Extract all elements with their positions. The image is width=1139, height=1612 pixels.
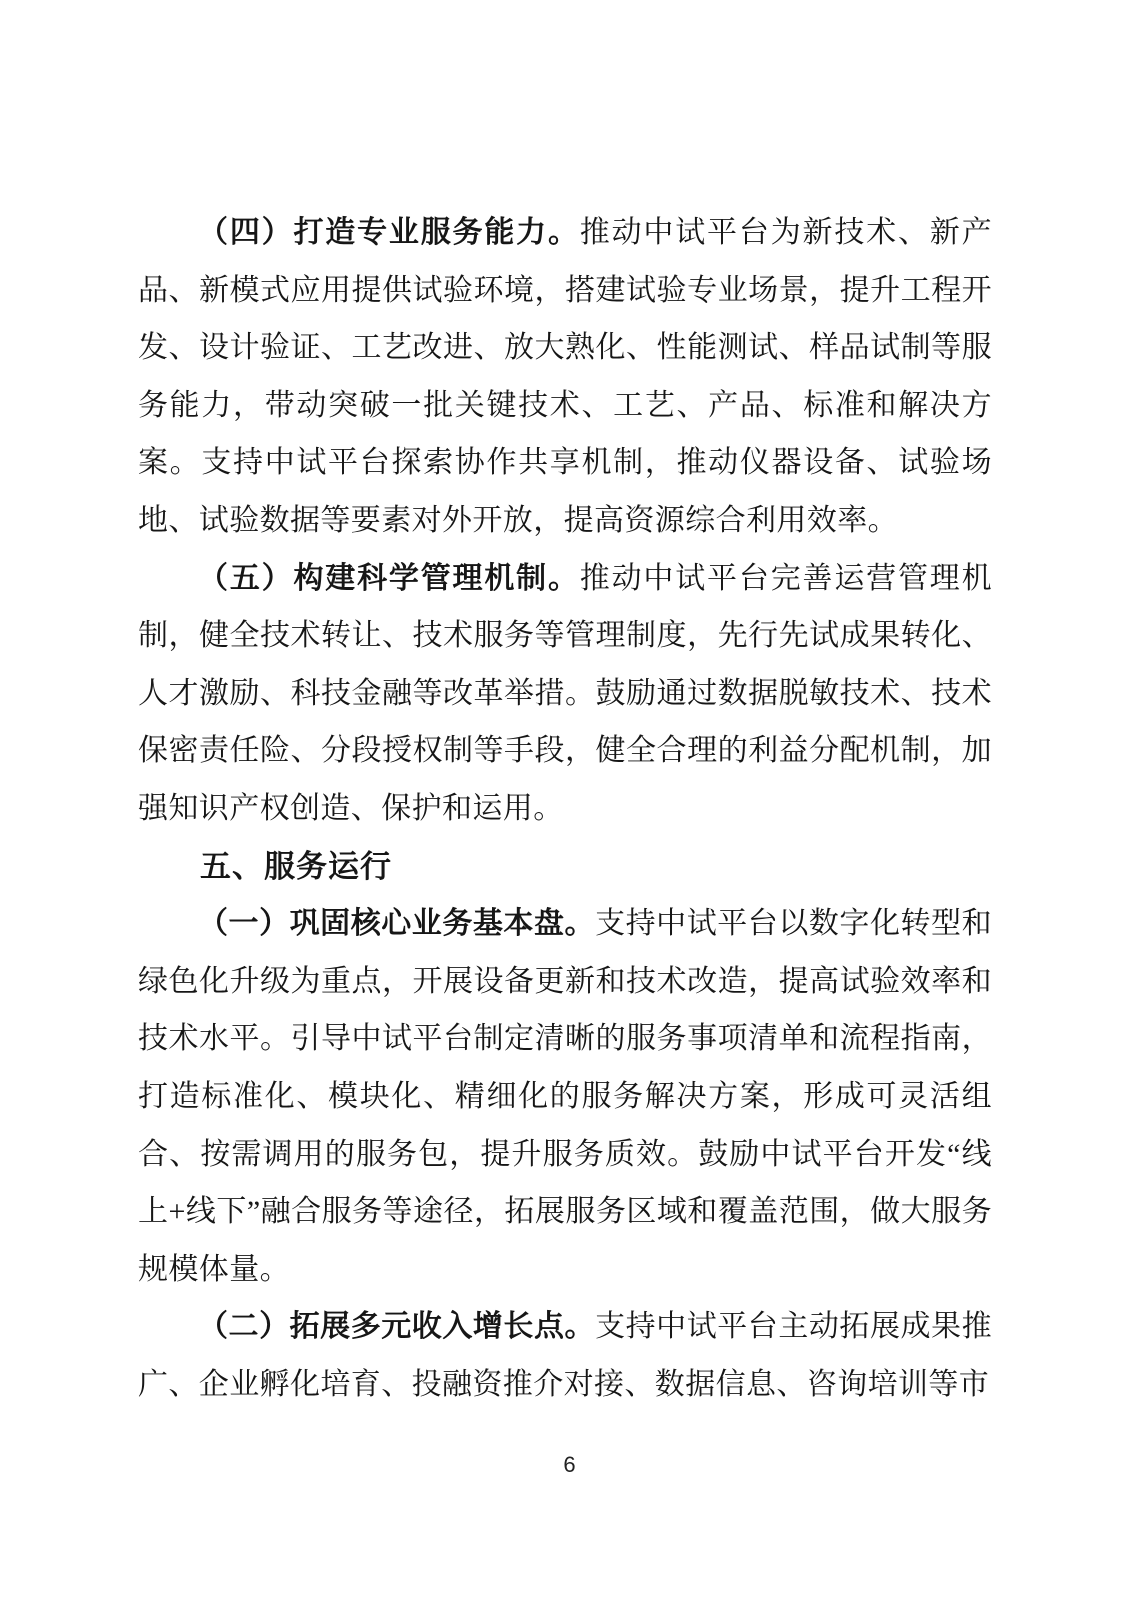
paragraph: （一）巩固核心业务基本盘。支持中试平台以数字化转型和绿色化升级为重点，开展设备更…	[138, 895, 992, 1298]
section-heading: 五、服务运行	[138, 838, 992, 896]
paragraph-lead: （五）构建科学管理机制。	[198, 562, 580, 595]
paragraph-text: 支持中试平台以数字化转型和绿色化升级为重点，开展设备更新和技术改造，提高试验效率…	[138, 907, 992, 1286]
paragraph-text: 推动中试平台为新技术、新产品、新模式应用提供试验环境，搭建试验专业场景，提升工程…	[138, 216, 992, 537]
paragraph: （二）拓展多元收入增长点。支持中试平台主动拓展成果推广、企业孵化培育、投融资推介…	[138, 1298, 992, 1413]
paragraph: （五）构建科学管理机制。推动中试平台完善运营管理机制，健全技术转让、技术服务等管…	[138, 550, 992, 838]
document-page: { "page": { "number": "6", "background_c…	[0, 0, 1139, 1612]
paragraph-lead: （一）巩固核心业务基本盘。	[198, 907, 595, 940]
page-number: 6	[0, 1452, 1139, 1478]
paragraph-lead: （二）拓展多元收入增长点。	[198, 1310, 595, 1343]
paragraph-text: 推动中试平台完善运营管理机制，健全技术转让、技术服务等管理制度，先行先试成果转化…	[138, 562, 992, 825]
paragraph: （四）打造专业服务能力。推动中试平台为新技术、新产品、新模式应用提供试验环境，搭…	[138, 204, 992, 550]
paragraph-lead: （四）打造专业服务能力。	[198, 216, 580, 249]
document-body: （四）打造专业服务能力。推动中试平台为新技术、新产品、新模式应用提供试验环境，搭…	[138, 204, 992, 1413]
